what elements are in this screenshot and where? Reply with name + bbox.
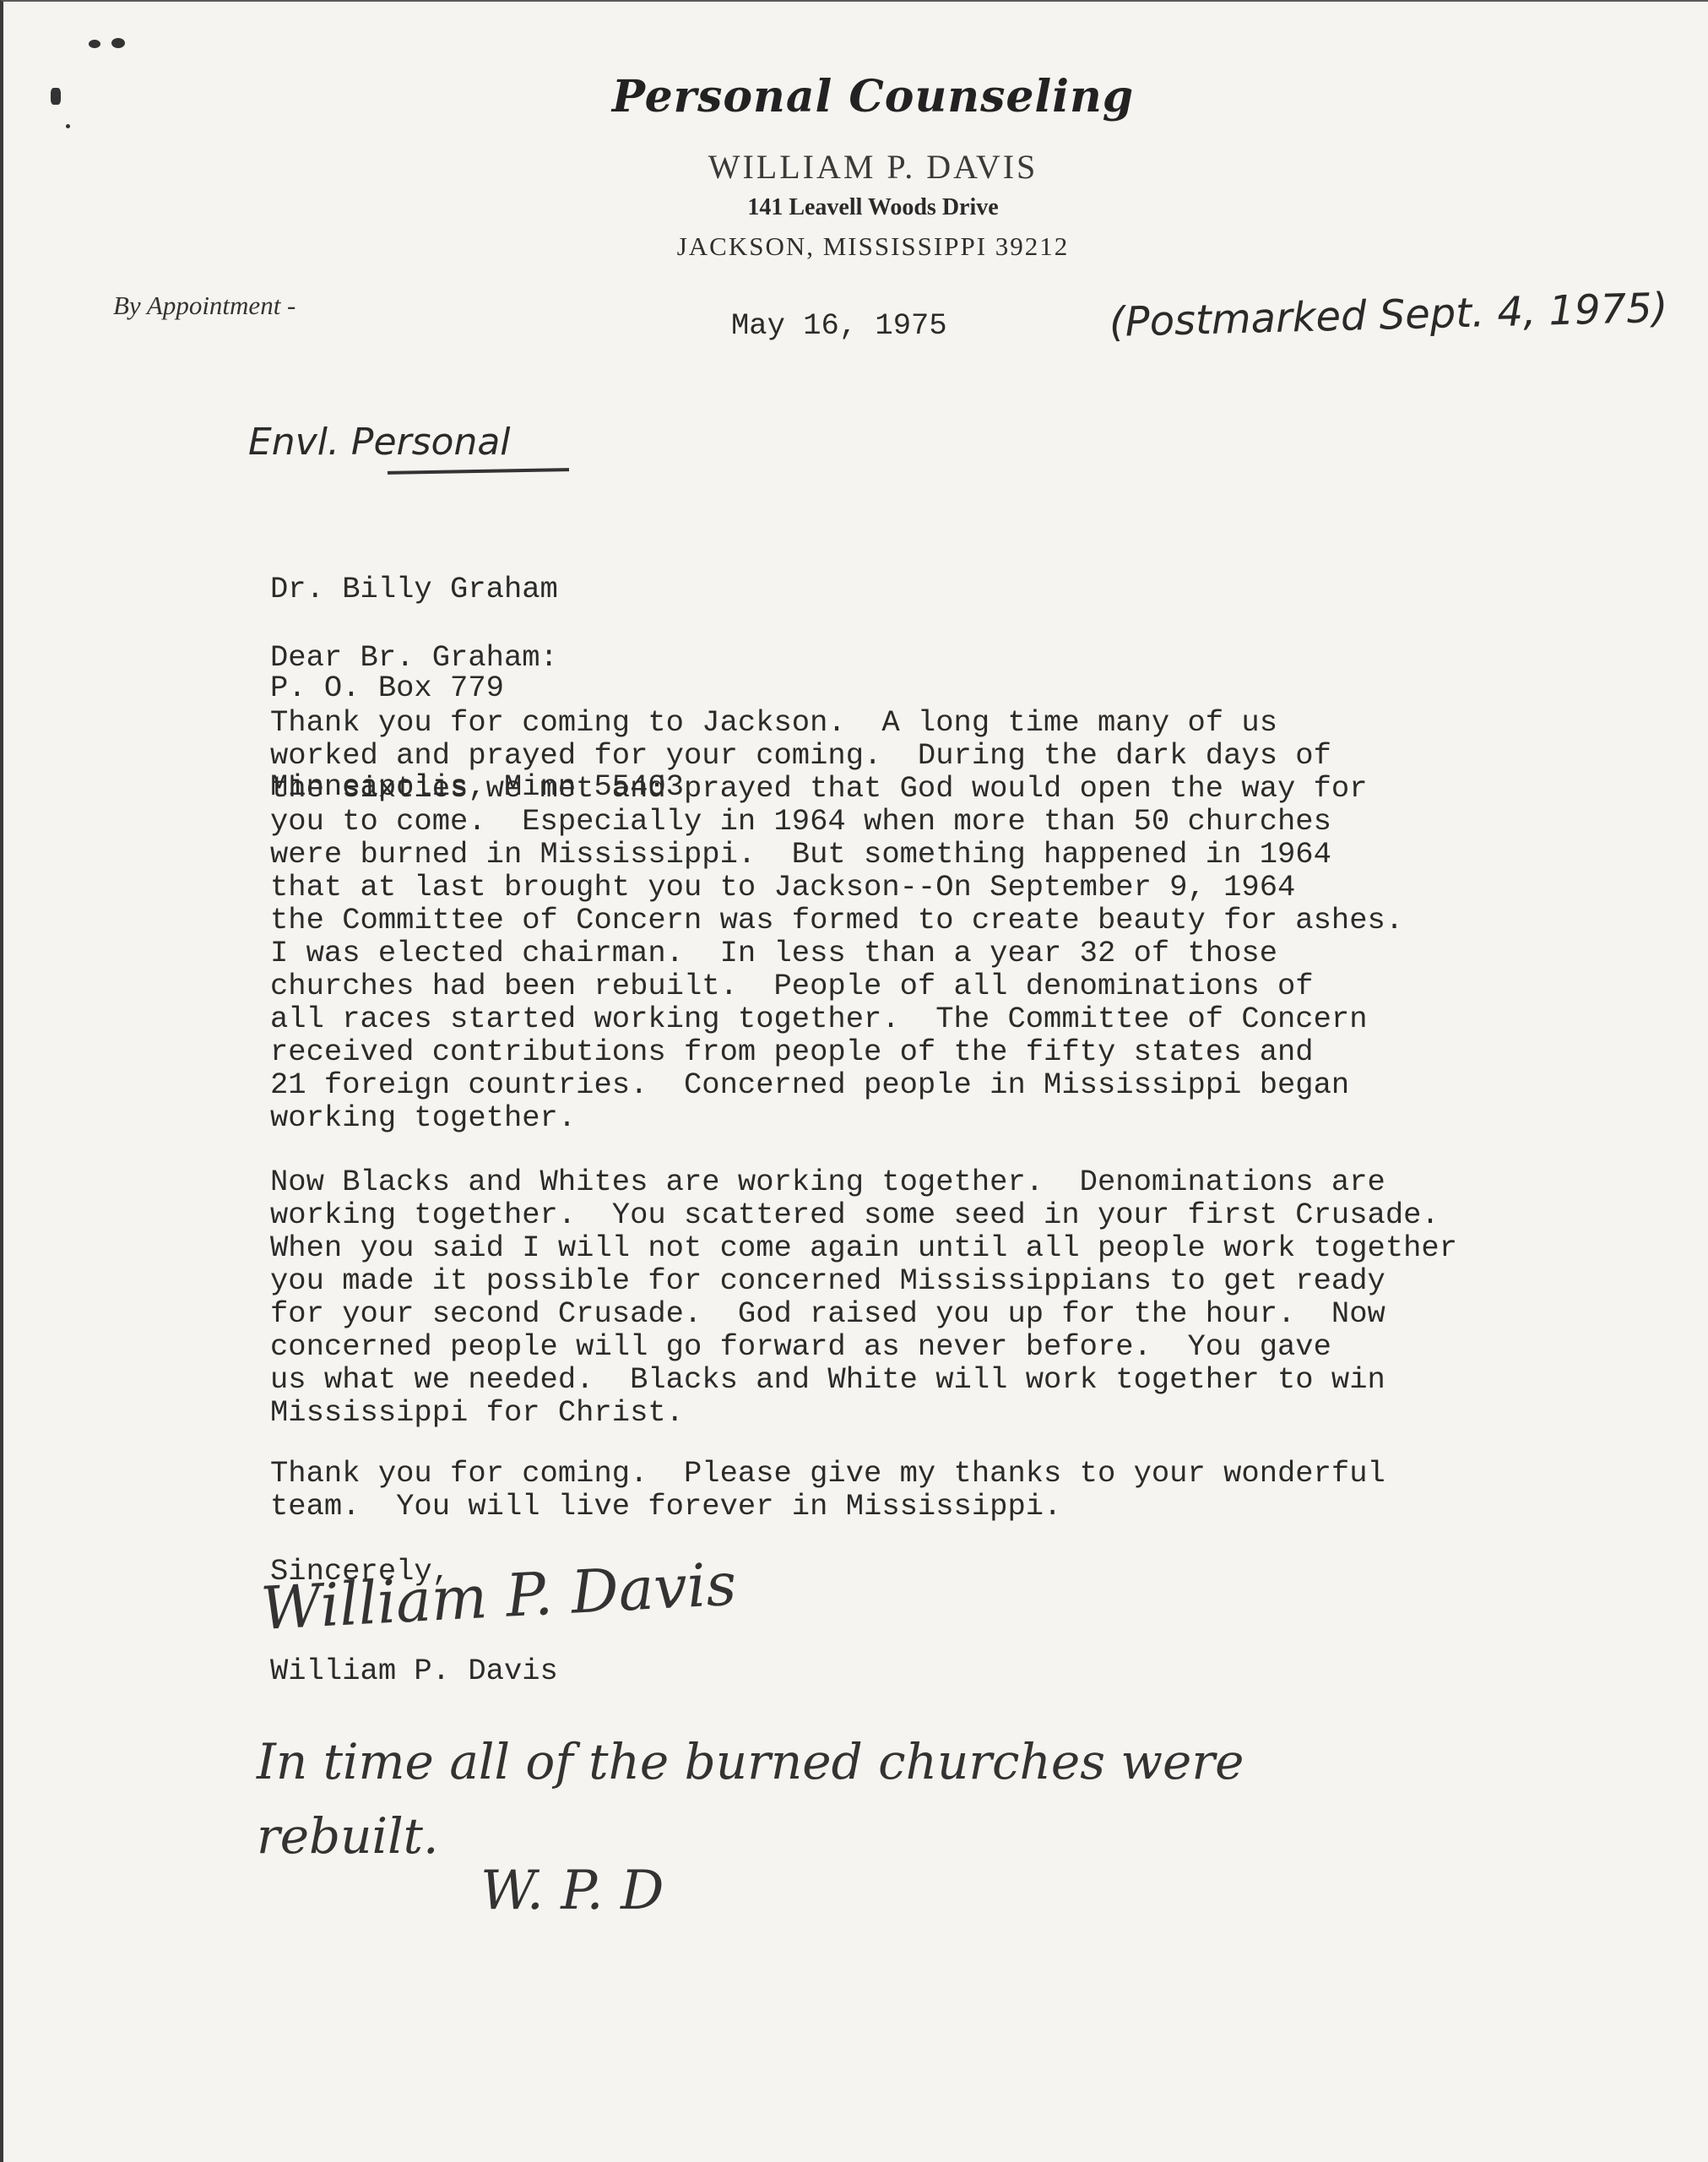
- by-appointment-note: By Appointment -: [113, 291, 296, 321]
- letterhead-street: 141 Leavell Woods Drive: [577, 194, 1168, 221]
- body-paragraph-1: Thank you for coming to Jackson. A long …: [270, 706, 1403, 1134]
- recipient-line: P. O. Box 779: [270, 671, 684, 704]
- handwritten-initials: W. P. D: [480, 1860, 664, 1922]
- recipient-line: Dr. Billy Graham: [270, 573, 684, 606]
- letter-date: May 16, 1975: [731, 309, 947, 342]
- personal-underline: [388, 468, 569, 475]
- body-paragraph-3: Thank you for coming. Please give my tha…: [270, 1457, 1385, 1523]
- paper-mark: [89, 40, 100, 48]
- letter-page: Personal Counseling WILLIAM P. DAVIS 141…: [0, 0, 1708, 2162]
- handwritten-postscript: In time all of the burned churches were …: [257, 1725, 1244, 1873]
- letterhead-name: WILLIAM P. DAVIS: [577, 147, 1168, 187]
- body-paragraph-2: Now Blacks and Whites are working togeth…: [270, 1165, 1457, 1429]
- envelope-annotation: Envl. Personal: [248, 421, 511, 464]
- letterhead-title: Personal Counseling: [577, 71, 1168, 122]
- postmark-annotation: (Postmarked Sept. 4, 1975): [1109, 285, 1668, 346]
- salutation: Dear Br. Graham:: [270, 641, 558, 674]
- typed-signature-name: William P. Davis: [270, 1654, 558, 1687]
- paper-mark: [66, 124, 70, 128]
- paper-mark: [111, 38, 125, 48]
- letterhead-city: JACKSON, MISSISSIPPI 39212: [535, 231, 1211, 262]
- paper-mark: [51, 88, 61, 105]
